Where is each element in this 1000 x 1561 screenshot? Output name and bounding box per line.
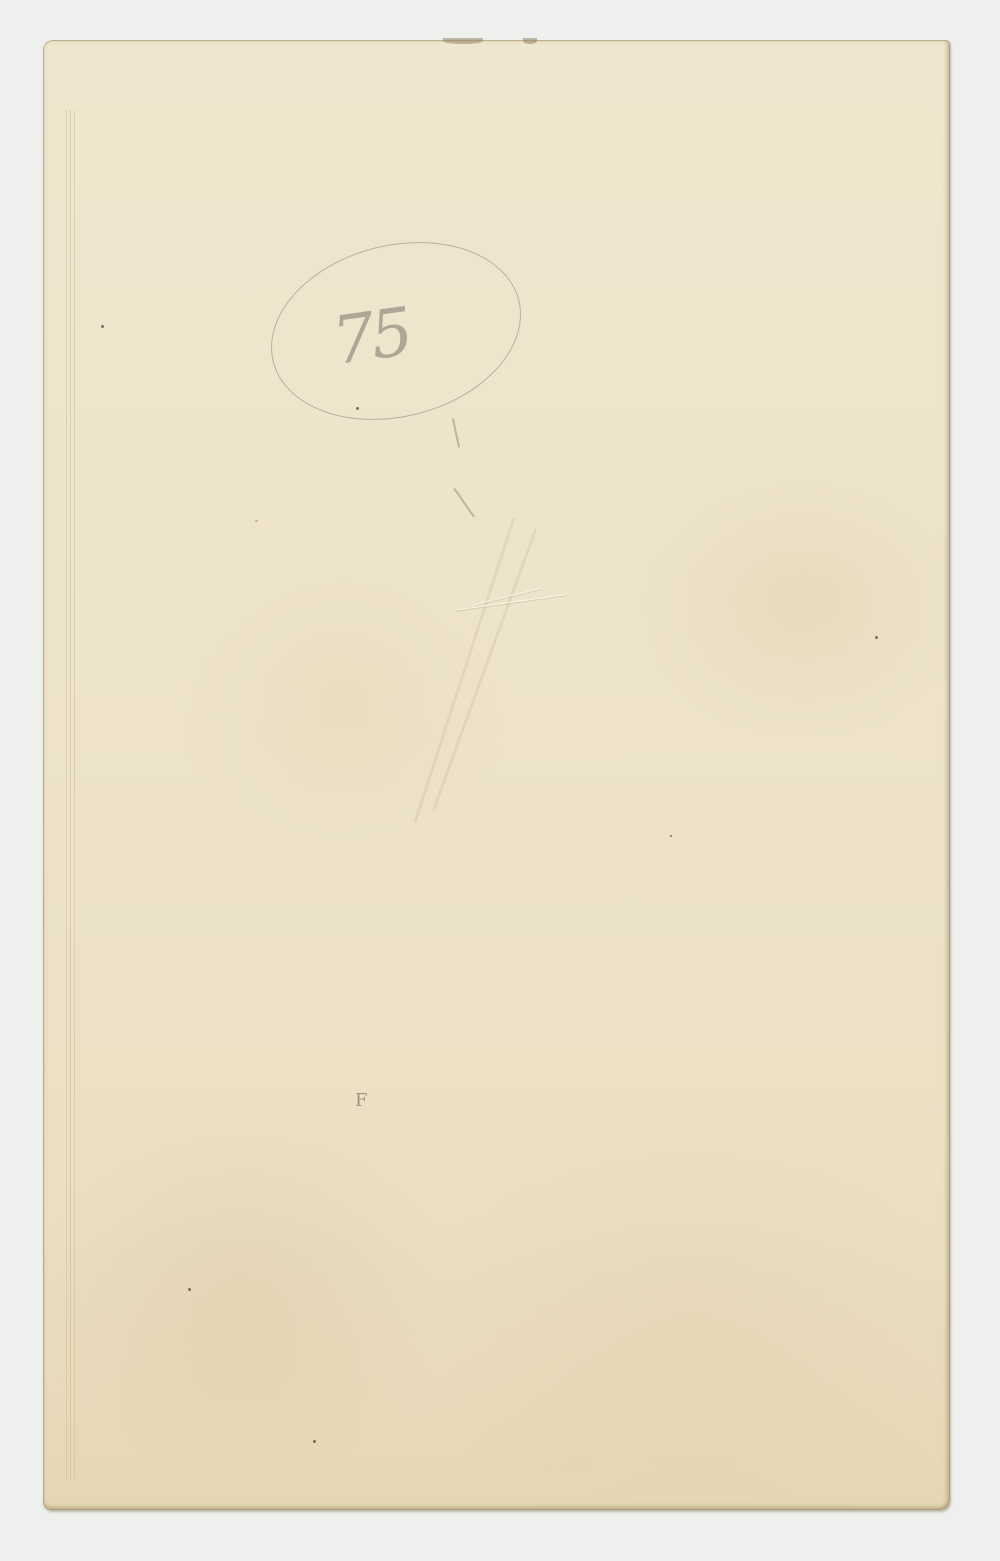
- pencil-stroke: [452, 418, 460, 448]
- pencil-stroke: [453, 488, 475, 518]
- pencil-number: 75: [328, 293, 414, 380]
- foxing-spot: [670, 835, 672, 837]
- printed-border-line: [70, 110, 71, 1480]
- edge-wear: [443, 38, 483, 44]
- foxing-spot: [356, 407, 359, 410]
- photographer-imprint: · · · · · · · · · · · · · · · · ·: [103, 1458, 870, 1470]
- foxing-spot: [875, 636, 878, 639]
- printed-border-line: [74, 110, 75, 1480]
- foxing-spot: [101, 325, 104, 328]
- foxing-spot: [255, 520, 258, 522]
- printed-border-line: [66, 110, 67, 1480]
- edge-wear: [523, 38, 537, 44]
- stain-streak: [432, 529, 537, 812]
- stain-streak: [414, 517, 516, 822]
- foxing-spot: [188, 1288, 191, 1291]
- photo-scan-background: 75 F · · · · · · · · · · · · · · · · ·: [0, 0, 1000, 1561]
- pencil-mark: F: [355, 1090, 368, 1111]
- card-back: 75 F · · · · · · · · · · · · · · · · ·: [43, 40, 950, 1510]
- foxing-spot: [313, 1440, 316, 1443]
